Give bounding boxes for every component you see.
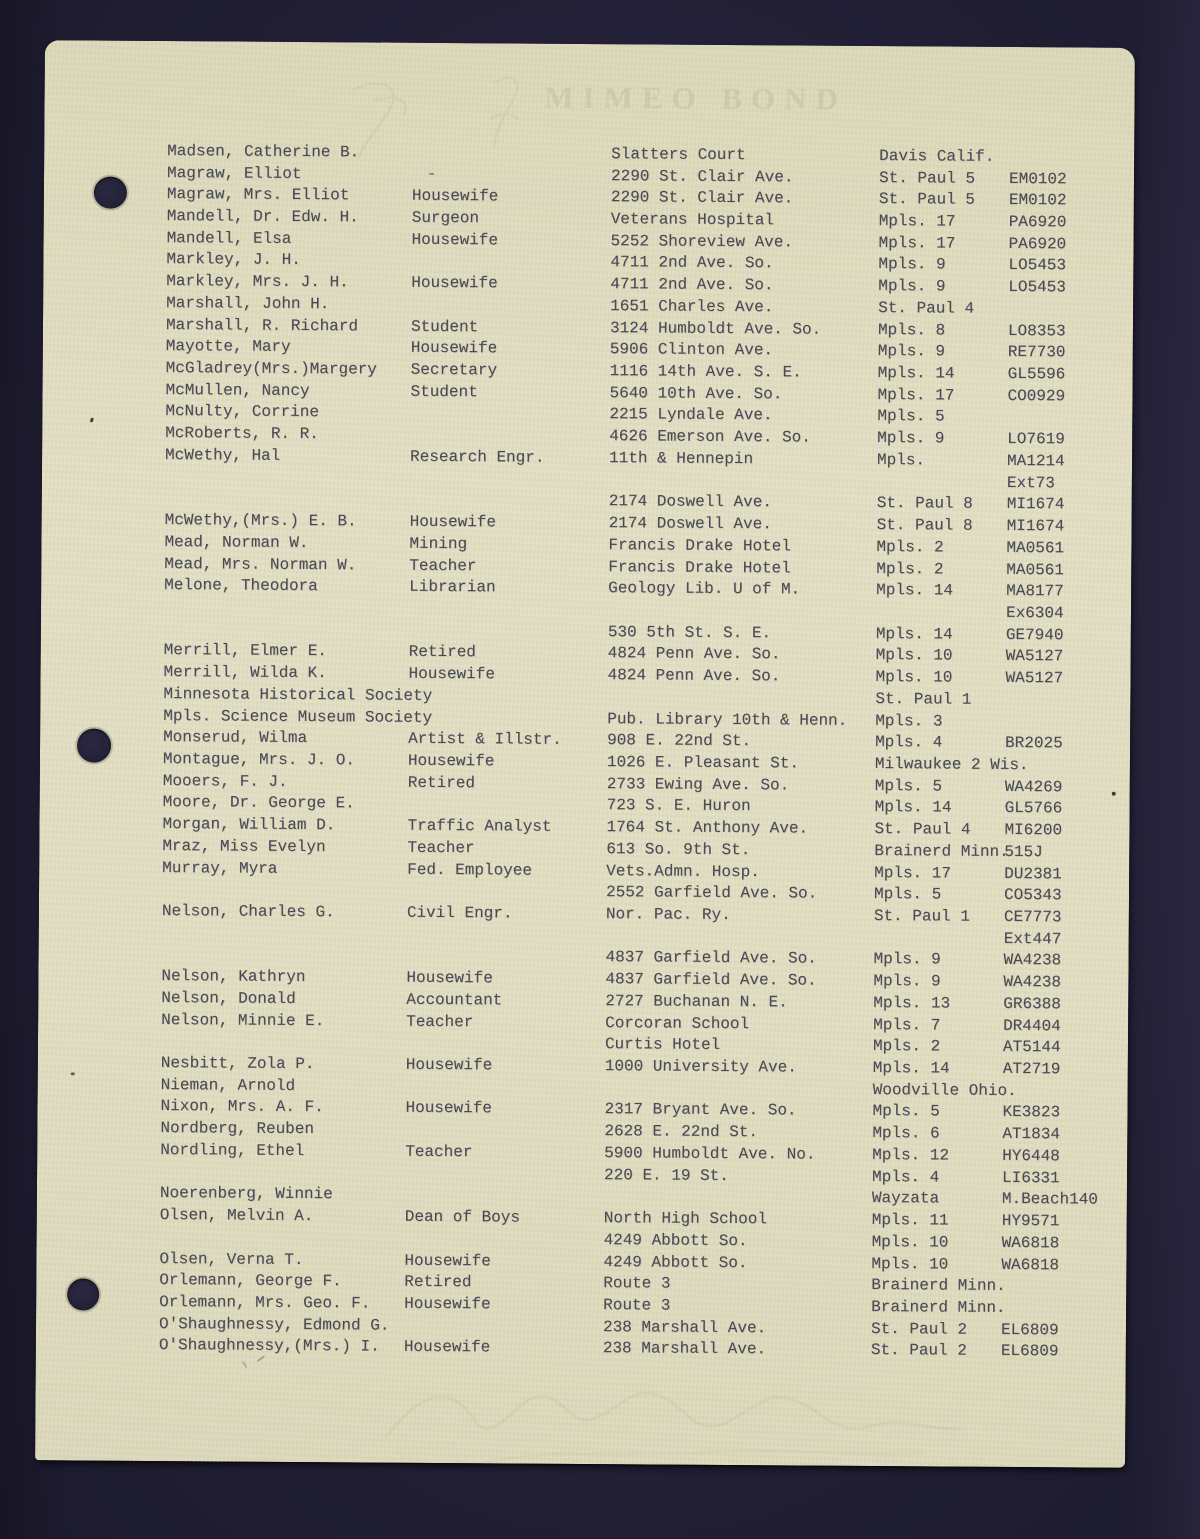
cell-address: Curtis Hotel (605, 1035, 873, 1055)
cell-address: 4249 Abbott So. (603, 1253, 871, 1273)
cell-address: Corcoran School (605, 1014, 873, 1034)
cell-occupation (412, 153, 611, 154)
cell-address: 5252 Shoreview Ave. (611, 232, 879, 252)
cell-city: Mpls. 5 (872, 1103, 1002, 1122)
cell-occupation (411, 261, 610, 262)
cell-address: Francis Drake Hotel (608, 536, 876, 556)
cell-occupation: Secretary (411, 361, 610, 380)
cell-name: Mandell, Elsa (167, 229, 412, 249)
cell-phone: WA4269 (1005, 778, 1103, 797)
cell-occupation: Librarian (409, 578, 608, 597)
cell-name: Mead, Mrs. Norman W. (164, 555, 409, 575)
directory-table: Madsen, Catherine B.Slatters CourtDavis … (159, 140, 1107, 1363)
cell-address: 1000 University Ave. (605, 1057, 873, 1077)
cell-occupation: Mining (409, 535, 608, 554)
cell-city: Mpls. 2 (876, 560, 1006, 579)
cell-phone: KE3823 (1002, 1103, 1100, 1122)
cell-phone: WA4238 (1003, 973, 1101, 992)
cell-occupation (405, 1130, 604, 1131)
cell-occupation: Housewife (411, 274, 610, 293)
cell-phone: HY6448 (1002, 1147, 1100, 1166)
cell-occupation (406, 1087, 605, 1088)
cell-city: Mpls. 5 (874, 885, 1004, 904)
cell-name: Madsen, Catherine B. (167, 142, 412, 162)
cell-phone: GL5766 (1005, 799, 1103, 818)
cell-phone: DR4404 (1003, 1017, 1101, 1036)
cell-name (160, 1237, 405, 1239)
cell-city: Milwaukee 2 Wis. (875, 755, 1005, 774)
cell-phone (1008, 309, 1106, 310)
punch-hole (94, 177, 127, 209)
cell-occupation (406, 1043, 605, 1044)
cell-address: 723 S. E. Huron (607, 797, 875, 817)
cell-phone: WA5127 (1006, 647, 1104, 666)
cell-address: Slatters Court (611, 145, 879, 165)
cell-city: Mpls. 17 (877, 386, 1007, 405)
cell-name: Nordberg, Reuben (160, 1119, 405, 1139)
cell-name: Mead, Norman W. (164, 533, 409, 553)
cell-name: Moore, Dr. George E. (163, 793, 408, 813)
cell-occupation: Housewife (411, 339, 610, 358)
cell-city: Mpls. 9 (878, 342, 1008, 361)
cell-occupation: Civil Engr. (407, 904, 606, 923)
cell-city: Mpls. 7 (873, 1016, 1003, 1035)
cell-city: Mpls. 14 (878, 364, 1008, 383)
cell-city: Mpls. 17 (874, 864, 1004, 883)
cell-phone: RE7730 (1008, 343, 1106, 362)
cell-phone: CO5343 (1004, 886, 1102, 905)
cell-phone: MI1674 (1007, 495, 1105, 514)
cell-occupation: Research Engr. (410, 448, 609, 467)
cell-name: Nelson, Donald (161, 989, 406, 1009)
cell-address: 4824 Penn Ave. So. (608, 645, 876, 665)
cell-address: 1026 E. Pleasant St. (607, 753, 875, 773)
cell-city: Mpls. 10 (875, 668, 1005, 687)
cell-city: Mpls. 14 (873, 1059, 1003, 1078)
directory-page: MIMEO BOND Madsen, Catherine B.Slatters … (35, 40, 1135, 1468)
cell-occupation (405, 1195, 604, 1196)
cell-name: Merrill, Elmer E. (164, 641, 409, 661)
cell-phone: MA8177 (1006, 582, 1104, 601)
cell-address (608, 610, 876, 612)
cell-name: Noerenberg, Winnie (160, 1184, 405, 1204)
cell-occupation (407, 934, 606, 935)
cell-name: Mpls. Science Museum Society (163, 707, 408, 727)
cell-address: 220 E. 19 St. (604, 1166, 872, 1186)
pencil-mark (242, 1361, 248, 1369)
cell-address (605, 1088, 873, 1090)
cell-phone: Ext73 (1007, 474, 1105, 493)
cell-address: Route 3 (603, 1274, 871, 1294)
cell-city: St. Paul 8 (877, 516, 1007, 535)
cell-occupation: Accountant (406, 991, 605, 1010)
cell-phone: 515J (1004, 843, 1102, 862)
cell-city: Mpls. 5 (875, 777, 1005, 796)
cell-address: 2733 Ewing Ave. So. (607, 775, 875, 795)
cell-name: Markley, Mrs. J. H. (166, 272, 411, 292)
cell-city: St. Paul 4 (874, 820, 1004, 839)
cell-name (165, 477, 410, 479)
cell-name (161, 1041, 406, 1043)
cell-city: Mpls. 10 (872, 1233, 1002, 1252)
cell-name: McRoberts, R. R. (165, 424, 410, 444)
cell-phone (1001, 1308, 1099, 1309)
cell-phone (1009, 157, 1107, 158)
ink-speck (71, 1072, 75, 1075)
cell-city: Brainerd Minn. (871, 1276, 1001, 1295)
cell-occupation (404, 1325, 603, 1326)
cell-address: 4626 Emerson Ave. So. (609, 427, 877, 447)
cell-phone: AT1834 (1002, 1125, 1100, 1144)
cell-name (164, 607, 409, 609)
cell-city: Mpls. 9 (878, 255, 1008, 274)
cell-address: 2174 Doswell Ave. (609, 514, 877, 534)
cell-occupation: Housewife (412, 231, 611, 250)
cell-address: 4837 Garfield Ave. So. (606, 949, 874, 969)
cell-city: Mpls. 11 (872, 1211, 1002, 1230)
cell-city: St. Paul 1 (874, 907, 1004, 926)
cell-address: 2290 St. Clair Ave. (611, 188, 879, 208)
cell-city (874, 938, 1004, 939)
cell-address: 4711 2nd Ave. So. (610, 275, 878, 295)
cell-address: 2552 Garfield Ave. So. (606, 883, 874, 903)
cell-city: Woodville Ohio. (873, 1081, 1003, 1100)
cell-address: 908 E. 22nd St. (607, 731, 875, 751)
cell-occupation: Housewife (406, 1056, 605, 1075)
cell-address: 1764 St. Anthony Ave. (606, 818, 874, 838)
cell-city: Mpls. 3 (875, 712, 1005, 731)
cell-occupation: Teacher (409, 556, 608, 575)
cell-occupation: Surgeon (412, 209, 611, 228)
cell-name: Montague, Mrs. J. O. (163, 750, 408, 770)
cell-occupation (409, 609, 608, 610)
cell-phone: GL5596 (1008, 365, 1106, 384)
cell-name: McMullen, Nancy (165, 381, 410, 401)
cell-phone: MA1214 (1007, 452, 1105, 471)
cell-phone (1007, 417, 1105, 418)
cell-name: Marshall, John H. (166, 294, 411, 314)
cell-occupation: Artist & Illstr. (408, 730, 607, 749)
cell-name: Morgan, William D. (162, 815, 407, 835)
cell-address: 2727 Buchanan N. E. (605, 992, 873, 1012)
cell-city (876, 612, 1006, 613)
cell-occupation (408, 717, 607, 718)
punch-hole (77, 728, 111, 762)
cell-phone: AT5144 (1003, 1038, 1101, 1057)
cell-occupation (405, 1173, 604, 1174)
cell-phone (1001, 1286, 1099, 1287)
cell-occupation: Housewife (408, 665, 607, 684)
cell-phone: MI1674 (1007, 517, 1105, 536)
cell-address: North High School (604, 1209, 872, 1229)
cell-occupation: Traffic Analyst (407, 817, 606, 836)
cell-phone: WA4238 (1004, 951, 1102, 970)
cell-phone: M.Beach140 (1002, 1190, 1100, 1209)
cell-city: Mpls. 9 (878, 277, 1008, 296)
cell-name (162, 889, 407, 891)
cell-name: Nixon, Mrs. A. F. (160, 1098, 405, 1118)
cell-occupation (408, 804, 607, 805)
cell-phone: LO8353 (1008, 322, 1106, 341)
cell-name: McGladrey(Mrs.)Margery (166, 359, 411, 379)
cell-address: Pub. Library 10th & Henn. (607, 710, 875, 730)
cell-address: Vets.Admn. Hosp. (606, 862, 874, 882)
cell-phone: GE7940 (1006, 626, 1104, 645)
cell-name: Magraw, Mrs. Elliot (167, 185, 412, 205)
cell-phone: EL6809 (1001, 1321, 1099, 1340)
cell-city: Mpls. 4 (875, 733, 1005, 752)
cell-address: 238 Marshall Ave. (603, 1318, 871, 1338)
cell-occupation: Housewife (408, 752, 607, 771)
cell-name (165, 498, 410, 500)
cell-phone: DU2381 (1004, 865, 1102, 884)
cell-address: Veterans Hospital (611, 210, 879, 230)
cell-occupation (410, 478, 609, 479)
cell-address: 4249 Abbott So. (604, 1231, 872, 1251)
cell-address: 3124 Humboldt Ave. So. (610, 319, 878, 339)
cell-name: Olsen, Verna T. (159, 1250, 404, 1270)
cell-occupation: Teacher (407, 839, 606, 858)
cell-name: Marshall, R. Richard (166, 316, 411, 336)
cell-occupation: Retired (409, 643, 608, 662)
cell-phone: Ex6304 (1006, 604, 1104, 623)
cell-name: Mooers, F. J. (163, 772, 408, 792)
cell-occupation: Fed. Employee (407, 860, 606, 879)
cell-name (164, 629, 409, 631)
cell-name: Nelson, Minnie E. (161, 1011, 406, 1031)
cell-occupation (408, 696, 607, 697)
cell-address: 1651 Charles Ave. (610, 297, 878, 317)
cell-address: 530 5th St. S. E. (608, 623, 876, 643)
cell-name: Nesbitt, Zola P. (161, 1054, 406, 1074)
cell-occupation (410, 500, 609, 501)
cell-phone: PA6920 (1009, 235, 1107, 254)
cell-city: Mpls. 2 (873, 1037, 1003, 1056)
cell-phone: LI6331 (1002, 1169, 1100, 1188)
cell-name: Nieman, Arnold (161, 1076, 406, 1096)
cell-name: McNulty, Corrine (165, 403, 410, 423)
cell-address: 2174 Doswell Ave. (609, 493, 877, 513)
cell-address: Nor. Pac. Ry. (606, 905, 874, 925)
cell-address: 11th & Hennepin (609, 449, 877, 469)
cell-occupation: Housewife (406, 969, 605, 988)
cell-phone: LO5453 (1008, 278, 1106, 297)
cell-address: 5900 Humboldt Ave. No. (604, 1144, 872, 1164)
cell-phone: AT2719 (1003, 1060, 1101, 1079)
cell-occupation: Housewife (404, 1295, 603, 1314)
cell-address: 1116 14th Ave. S. E. (610, 362, 878, 382)
cell-name: Minnesota Historical Society (163, 685, 408, 705)
cell-address (606, 936, 874, 938)
cell-address: 2628 E. 22nd St. (604, 1122, 872, 1142)
ink-speck (1112, 792, 1116, 796)
cell-name: Murray, Myra (162, 859, 407, 879)
cell-name: Orlemann, George F. (159, 1271, 404, 1291)
cell-phone: LO5453 (1008, 256, 1106, 275)
cell-address: Geology Lib. U of M. (608, 579, 876, 599)
cell-city: Mpls. 10 (871, 1255, 1001, 1274)
cell-city: Mpls. 14 (876, 581, 1006, 600)
cell-city: Mpls. 9 (873, 972, 1003, 991)
cell-address (609, 480, 877, 482)
cell-occupation: Student (411, 317, 610, 336)
cell-occupation: Dean of Boys (405, 1208, 604, 1227)
cell-city: Mpls. 14 (876, 625, 1006, 644)
cell-city: St. Paul 2 (871, 1320, 1001, 1339)
cell-phone: MI6200 (1004, 821, 1102, 840)
cell-occupation: Housewife (410, 513, 609, 532)
cell-address: 5906 Clinton Ave. (610, 340, 878, 360)
cell-city: Mpls. 12 (872, 1146, 1002, 1165)
cell-city: Mpls. 9 (874, 950, 1004, 969)
cell-city: Wayzata (872, 1189, 1002, 1208)
cell-phone: MA0561 (1006, 539, 1104, 558)
cell-city: St. Paul 4 (878, 299, 1008, 318)
cell-name: Merrill, Wilda K. (163, 663, 408, 683)
cell-name: McWethy,(Mrs.) E. B. (165, 511, 410, 531)
cell-occupation (411, 305, 610, 306)
cell-city: St. Paul 8 (877, 494, 1007, 513)
cell-occupation: Retired (408, 773, 607, 792)
cell-city: Mpls. 4 (872, 1168, 1002, 1187)
cell-phone: EM0102 (1009, 191, 1107, 210)
cell-phone: BR2025 (1005, 734, 1103, 753)
cell-occupation (412, 174, 611, 175)
cell-address (607, 697, 875, 699)
cell-city: Mpls. 10 (876, 646, 1006, 665)
cell-name: Nordling, Ethel (160, 1141, 405, 1161)
cell-city: Mpls. 9 (877, 429, 1007, 448)
cell-occupation (409, 630, 608, 631)
cell-city: Mpls. 8 (878, 321, 1008, 340)
cell-city: St. Paul 5 (879, 169, 1009, 188)
cell-address: 2317 Bryant Ave. So. (604, 1101, 872, 1121)
cell-phone: HY9571 (1002, 1212, 1100, 1231)
cell-name: Magraw, Elliot (167, 164, 412, 184)
paper-watermark-text: MIMEO BOND (544, 80, 847, 118)
cell-name: Nelson, Charles G. (162, 902, 407, 922)
cell-phone: MA0561 (1006, 560, 1104, 579)
cell-phone (1005, 700, 1103, 701)
cell-name: Mayotte, Mary (166, 337, 411, 357)
cell-phone: WA5127 (1005, 669, 1103, 688)
cell-city (877, 482, 1007, 483)
cell-occupation (410, 435, 609, 436)
cell-occupation (407, 891, 606, 892)
cell-name: Markley, J. H. (166, 251, 411, 271)
cell-phone: LO7619 (1007, 430, 1105, 449)
cell-city: St. Paul 5 (879, 190, 1009, 209)
cell-name: O'Shaughnessy, Edmond G. (159, 1315, 404, 1335)
cell-name: Mraz, Miss Evelyn (162, 837, 407, 857)
cell-address: 4711 2nd Ave. So. (610, 254, 878, 274)
cell-city: Mpls. 17 (879, 234, 1009, 253)
punch-hole (67, 1278, 99, 1310)
cell-name: Monserud, Wilma (163, 728, 408, 748)
cell-occupation: Teacher (406, 1012, 605, 1031)
cell-name (160, 1172, 405, 1174)
cell-address: 4824 Penn Ave. So. (607, 666, 875, 686)
cell-occupation: Teacher (405, 1143, 604, 1162)
cell-name: Nelson, Kathryn (161, 967, 406, 987)
cell-address: 5640 10th Ave. So. (609, 384, 877, 404)
cell-phone: GR6388 (1003, 995, 1101, 1014)
cell-name: Olsen, Melvin A. (160, 1206, 405, 1226)
cell-name (162, 933, 407, 935)
cell-phone: EL6809 (1001, 1342, 1099, 1361)
cell-occupation (405, 1239, 604, 1240)
ink-speck (90, 417, 95, 423)
ghost-handwriting (365, 1342, 1006, 1486)
cell-city: Brainerd Minn. (871, 1298, 1001, 1317)
cell-city: Mpls. 17 (879, 212, 1009, 231)
cell-name: Mandell, Dr. Edw. H. (167, 207, 412, 227)
cell-name: Melone, Theodora (164, 576, 409, 596)
cell-city: Mpls. 6 (872, 1124, 1002, 1143)
cell-city: Brainerd Minn. (874, 842, 1004, 861)
cell-city: Davis Calif. (879, 147, 1009, 166)
cell-address: Francis Drake Hotel (608, 558, 876, 578)
cell-occupation: Housewife (404, 1251, 603, 1270)
ink-speck (429, 173, 434, 175)
cell-occupation: Housewife (412, 187, 611, 206)
cell-phone: CO0929 (1007, 387, 1105, 406)
cell-phone (1005, 721, 1103, 722)
cell-occupation: Student (410, 383, 609, 402)
cell-phone: PA6920 (1009, 213, 1107, 232)
cell-address: 4837 Garfield Ave. So. (605, 970, 873, 990)
cell-phone (1003, 1091, 1101, 1092)
cell-occupation (407, 956, 606, 957)
cell-name: Orlemann, Mrs. Geo. F. (159, 1293, 404, 1313)
cell-city: Mpls. 5 (877, 408, 1007, 427)
photo-background: MIMEO BOND Madsen, Catherine B.Slatters … (0, 0, 1200, 1539)
cell-address: 2215 Lyndale Ave. (609, 406, 877, 426)
cell-occupation: Retired (404, 1273, 603, 1292)
cell-city: Mpls. 14 (875, 798, 1005, 817)
cell-address: 613 So. 9th St. (606, 840, 874, 860)
cell-city: St. Paul 1 (875, 690, 1005, 709)
cell-name (162, 955, 407, 957)
cell-address: 2290 St. Clair Ave. (611, 167, 879, 187)
cell-address (604, 1197, 872, 1199)
cell-phone: CE7773 (1004, 908, 1102, 927)
cell-city: Mpls. (877, 451, 1007, 470)
cell-address: Route 3 (603, 1296, 871, 1316)
cell-phone: WA6818 (1002, 1234, 1100, 1253)
cell-city: Mpls. 2 (876, 538, 1006, 557)
cell-phone: Ext447 (1004, 930, 1102, 949)
cell-phone: WA6818 (1001, 1255, 1099, 1274)
cell-occupation (410, 413, 609, 414)
cell-phone: EM0102 (1009, 170, 1107, 189)
cell-city: Mpls. 13 (873, 994, 1003, 1013)
cell-name: McWethy, Hal (165, 446, 410, 466)
cell-occupation: Housewife (405, 1099, 604, 1118)
